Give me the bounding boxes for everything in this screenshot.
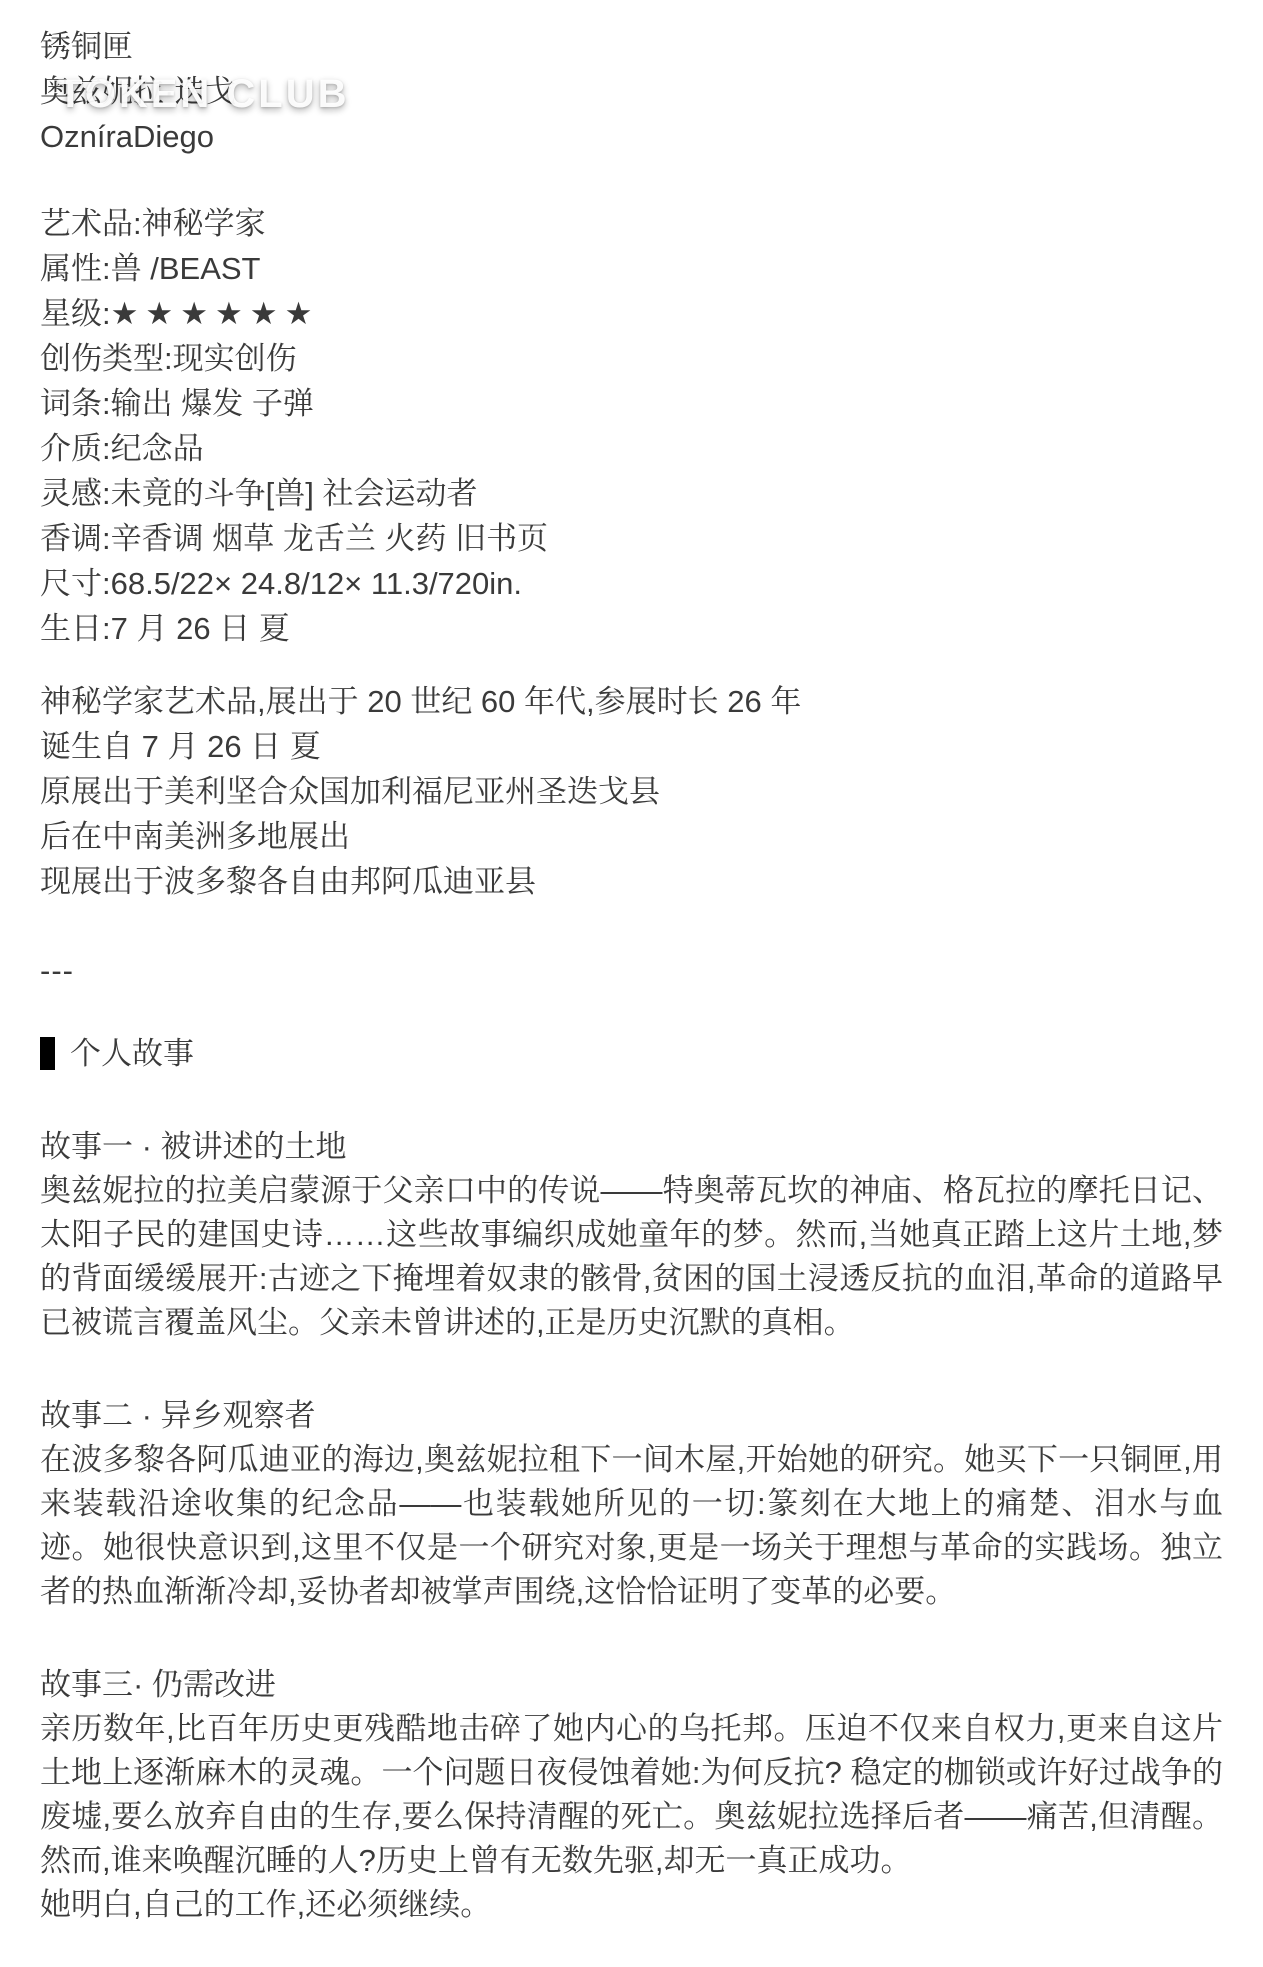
document-page: TOKEN CLUB 锈铜匣 奥兹妮拉·迭戈 OzníraDiego 艺术品:神…: [0, 0, 1263, 1967]
attr-medium: 介质:纪念品: [40, 426, 1223, 471]
story-two: 故事二 · 异乡观察者 在波多黎各阿瓜迪亚的海边,奥兹妮拉租下一间木屋,开始她的…: [40, 1393, 1223, 1614]
exhibition-history: 神秘学家艺术品,展出于 20 世纪 60 年代,参展时长 26 年 诞生自 7 …: [40, 679, 1223, 904]
exhibition-line: 原展出于美利坚合众国加利福尼亚州圣迭戈县: [40, 769, 1223, 814]
attr-trauma-type: 创伤类型:现实创伤: [40, 336, 1223, 381]
story-one-paragraph: 奥兹妮拉的拉美启蒙源于父亲口中的传说——特奥蒂瓦坎的神庙、格瓦拉的摩托日记、太阳…: [40, 1169, 1223, 1345]
story-two-paragraph: 在波多黎各阿瓜迪亚的海边,奥兹妮拉租下一间木屋,开始她的研究。她买下一只铜匣,用…: [40, 1438, 1223, 1614]
attr-star-rating: 星级:★★★★★★: [40, 291, 1223, 336]
section-title-text: 个人故事: [70, 1031, 194, 1076]
story-three-paragraph: 她明白,自己的工作,还必须继续。: [40, 1883, 1223, 1927]
story-one-title: 故事一 · 被讲述的土地: [40, 1124, 1223, 1169]
header: 锈铜匣 奥兹妮拉·迭戈 OzníraDiego: [40, 24, 1223, 159]
story-one: 故事一 · 被讲述的土地 奥兹妮拉的拉美启蒙源于父亲口中的传说——特奥蒂瓦坎的神…: [40, 1124, 1223, 1345]
attr-attribute: 属性:兽 /BEAST: [40, 246, 1223, 291]
profile-attributes: 艺术品:神秘学家 属性:兽 /BEAST 星级:★★★★★★ 创伤类型:现实创伤…: [40, 201, 1223, 651]
exhibition-line: 神秘学家艺术品,展出于 20 世纪 60 年代,参展时长 26 年: [40, 679, 1223, 724]
exhibition-line: 后在中南美洲多地展出: [40, 814, 1223, 859]
story-three-title: 故事三· 仍需改进: [40, 1662, 1223, 1707]
exhibition-line: 现展出于波多黎各自由邦阿瓜迪亚县: [40, 859, 1223, 904]
attr-artwork: 艺术品:神秘学家: [40, 201, 1223, 246]
attr-dimensions: 尺寸:68.5/22× 24.8/12× 11.3/720in.: [40, 561, 1223, 606]
attr-tags: 词条:输出 爆发 子弹: [40, 381, 1223, 426]
section-personal-story: 个人故事: [40, 1031, 1223, 1076]
separator-dashes: ---: [40, 948, 1223, 993]
attr-inspiration: 灵感:未竟的斗争[兽] 社会运动者: [40, 471, 1223, 516]
exhibition-line: 诞生自 7 月 26 日 夏: [40, 724, 1223, 769]
character-name-latin: OzníraDiego: [40, 114, 1223, 159]
star-icons: ★★★★★★: [111, 296, 320, 331]
attr-birthday: 生日:7 月 26 日 夏: [40, 606, 1223, 651]
story-three-paragraph: 亲历数年,比百年历史更残酷地击碎了她内心的乌托邦。压迫不仅来自权力,更来自这片土…: [40, 1707, 1223, 1883]
attr-scent: 香调:辛香调 烟草 龙舌兰 火药 旧书页: [40, 516, 1223, 561]
character-name: 奥兹妮拉·迭戈: [40, 69, 1223, 114]
story-two-title: 故事二 · 异乡观察者: [40, 1393, 1223, 1438]
story-three: 故事三· 仍需改进 亲历数年,比百年历史更残酷地击碎了她内心的乌托邦。压迫不仅来…: [40, 1662, 1223, 1927]
section-block-marker-icon: [40, 1037, 55, 1070]
star-rating-label: 星级:: [40, 296, 111, 331]
artifact-title: 锈铜匣: [40, 24, 1223, 69]
